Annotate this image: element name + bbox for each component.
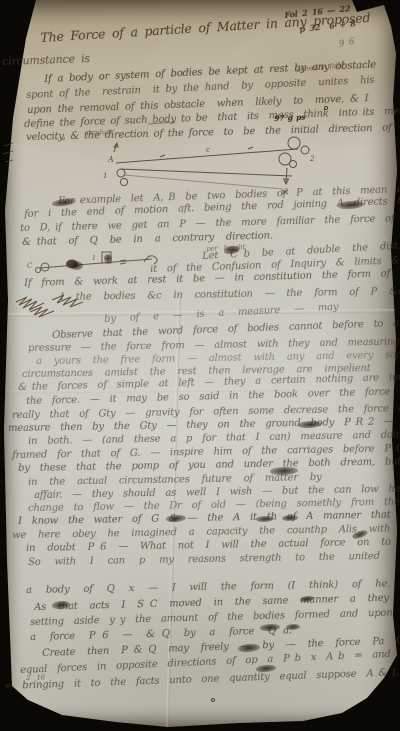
- ink-smudge: [70, 261, 83, 270]
- handwriting-line: So with I can p my reasons strength to t…: [28, 551, 380, 568]
- archive-mark-3: 9 6: [338, 37, 355, 50]
- title-line-2: circumstance is: [2, 52, 90, 68]
- handwriting-line: I the bodies &c in constitution — the fo…: [60, 286, 400, 303]
- ink-smudge: [104, 254, 112, 263]
- photo-backdrop: Fol 2 16 — 22p 32 6 + 89 6The Force of a…: [0, 0, 400, 731]
- handwriting-layer: Fol 2 16 — 22p 32 6 + 89 6The Force of a…: [0, 0, 400, 731]
- title-line-1: The Force of a particle of Matter in any…: [40, 10, 371, 45]
